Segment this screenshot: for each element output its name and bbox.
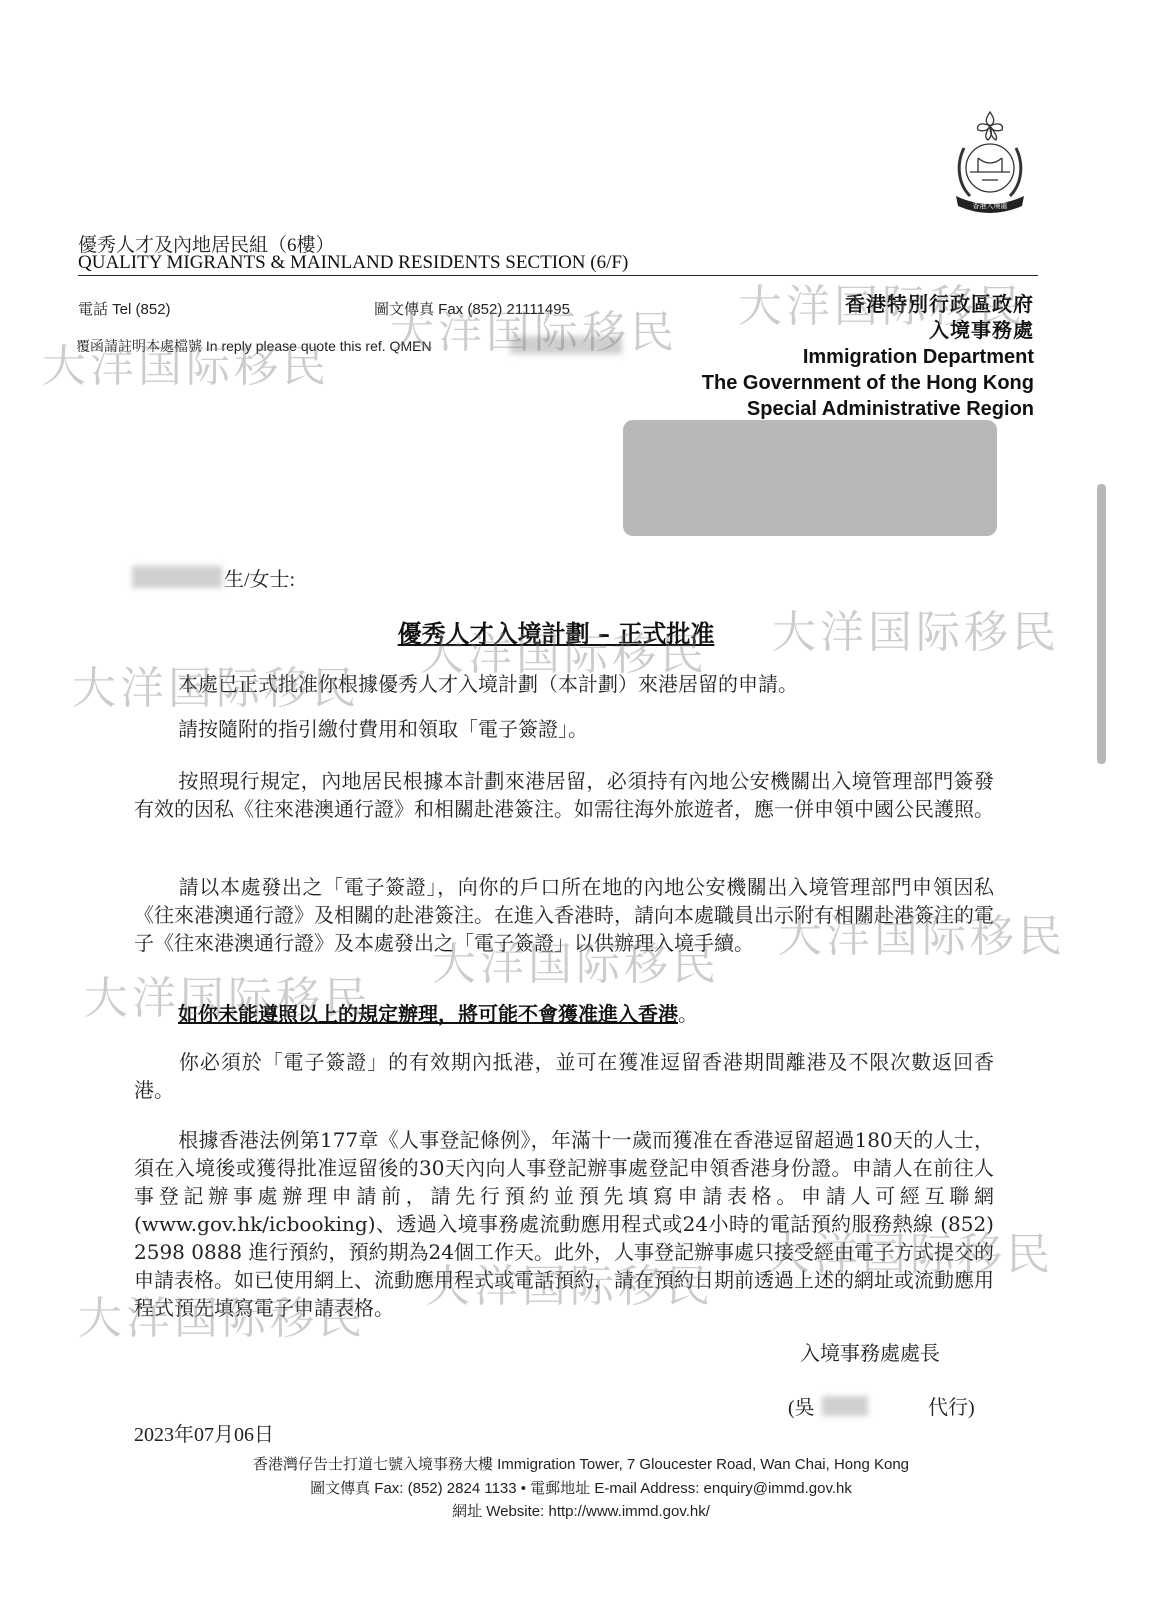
- footer-address: 香港灣仔告士打道七號入境事務大樓 Immigration Tower, 7 Gl…: [0, 1453, 1152, 1474]
- department-en-line2: The Government of the Hong Kong: [702, 370, 1034, 396]
- paragraph-permit-requirement: 按照現行規定，內地居民根據本計劃來港居留，必須持有內地公安機關出入境管理部門簽發…: [134, 767, 994, 823]
- paragraph-fee-instructions: 請按隨附的指引繳付費用和領取「電子簽證」。: [134, 715, 994, 743]
- department-en-line1: Immigration Department: [702, 344, 1034, 370]
- warning-text: 如你未能遵照以上的規定辦理，將可能不會獲准進入香港: [178, 1002, 678, 1026]
- immigration-emblem-icon: 香港入境處: [950, 108, 1030, 218]
- letter-date: 2023年07月06日: [134, 1418, 274, 1447]
- salutation: 生/女士:: [224, 563, 295, 592]
- paragraph-text: 請按隨附的指引繳付費用和領取「電子簽證」。: [178, 717, 588, 741]
- footer-contact: 圖文傳真 Fax: (852) 2824 1133 • 電郵地址 E-mail …: [0, 1477, 1152, 1498]
- department-block: 香港特別行政區政府 入境事務處 Immigration Department T…: [702, 292, 1034, 422]
- letter-title: 優秀人才入境計劃 – 正式批准: [0, 614, 1112, 649]
- telephone-label: 電話 Tel (852): [78, 298, 171, 319]
- redacted-reference-number: [510, 336, 622, 354]
- section-name-english: QUALITY MIGRANTS & MAINLAND RESIDENTS SE…: [78, 252, 628, 274]
- paragraph-text: 請以本處發出之「電子簽證」，向你的戶口所在地的內地公安機關出入境管理部門申領因私…: [134, 875, 994, 955]
- paragraph-warning: 如你未能遵照以上的規定辦理，將可能不會獲准進入香港。: [134, 1000, 994, 1028]
- paragraph-evisa-usage: 請以本處發出之「電子簽證」，向你的戶口所在地的內地公安機關出入境管理部門申領因私…: [134, 873, 994, 957]
- department-cn-line2: 入境事務處: [702, 318, 1034, 344]
- warning-suffix: 。: [678, 1002, 698, 1026]
- redacted-recipient-name: [132, 566, 222, 588]
- redacted-signatory-name: [822, 1396, 868, 1416]
- paragraph-text: 根據香港法例第177章《人事登記條例》，年滿十一歲而獲准在香港逗留超過180天的…: [134, 1128, 994, 1320]
- signatory-close: 代行): [928, 1391, 975, 1420]
- fax-label: 圖文傳真 Fax (852) 21111495: [374, 298, 570, 319]
- paragraph-text: 本處已正式批准你根據優秀人才入境計劃（本計劃）來港居留的申請。: [178, 672, 798, 696]
- reference-label: 覆函請註明本處檔號 In reply please quote this ref…: [76, 336, 432, 356]
- header-divider: [78, 275, 1038, 276]
- redacted-recipient-address: [623, 420, 997, 536]
- paragraph-arrival: 你必須於「電子簽證」的有效期內抵港，並可在獲准逗留香港期間離港及不限次數返回香港…: [134, 1048, 994, 1104]
- department-en-line3: Special Administrative Region: [702, 396, 1034, 422]
- signature-title: 入境事務處處長: [800, 1337, 940, 1366]
- signatory-open: (吳: [788, 1391, 815, 1420]
- paragraph-id-registration: 根據香港法例第177章《人事登記條例》，年滿十一歲而獲准在香港逗留超過180天的…: [134, 1126, 994, 1322]
- paragraph-text: 你必須於「電子簽證」的有效期內抵港，並可在獲准逗留香港期間離港及不限次數返回香港…: [134, 1050, 994, 1102]
- svg-text:香港入境處: 香港入境處: [973, 201, 1008, 210]
- paragraph-text: 按照現行規定，內地居民根據本計劃來港居留，必須持有內地公安機關出入境管理部門簽發…: [134, 769, 994, 821]
- vertical-scrollbar[interactable]: [1097, 484, 1106, 764]
- department-cn-line1: 香港特別行政區政府: [702, 292, 1034, 318]
- paragraph-approval: 本處已正式批准你根據優秀人才入境計劃（本計劃）來港居留的申請。: [134, 670, 994, 698]
- footer-website: 網址 Website: http://www.immd.gov.hk/: [0, 1500, 1152, 1521]
